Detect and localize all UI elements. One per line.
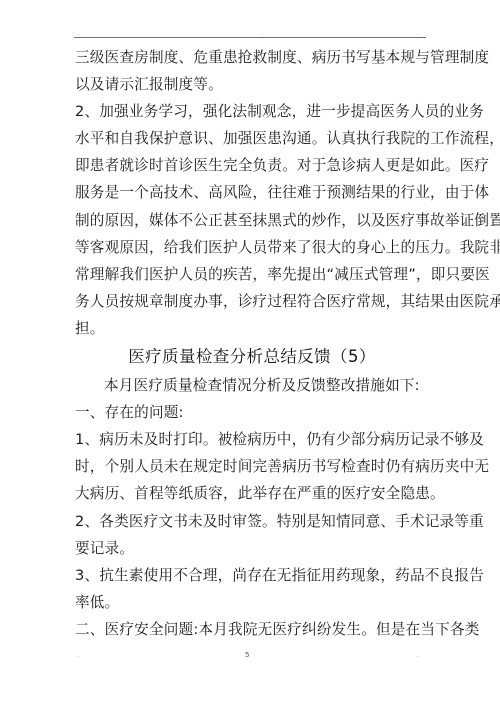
- footer-left-mark: ..: [76, 653, 80, 659]
- body-line: 水平和自我保护意识、加强医患沟通。认真执行我院的工作流程，: [75, 125, 427, 152]
- body-line: 即患者就诊时首诊医生完全负责。对于急诊病人更是如此。医疗: [75, 152, 427, 179]
- body-line: 担。: [75, 315, 427, 342]
- document-body: 三级医查房制度、危重患抢救制度、病历书写基本规与管理制度 以及请示汇报制度等。 …: [75, 44, 427, 643]
- body-line: 时，个别人员未在规定时间完善病历书写检查时仍有病历夹中无: [75, 453, 427, 480]
- body-line: 等客观原因，给我们医护人员带来了很大的身心上的压力。我院非: [75, 234, 427, 261]
- document-page: .. .. .. 三级医查房制度、危重患抢救制度、病历书写基本规与管理制度 以及…: [0, 0, 500, 707]
- body-line: 务人员按规章制度办事，诊疗过程符合医疗常规，其结果由医院承: [75, 288, 427, 315]
- body-line: 2、加强业务学习，强化法制观念，进一步提高医务人员的业务: [75, 98, 427, 125]
- body-line: 要记录。: [75, 535, 427, 562]
- section-title: 医疗质量检查分析总结反馈（5）: [75, 342, 427, 372]
- section-heading: 二、医疗安全问题:本月我院无医疗纠纷发生。但是在当下各类: [75, 616, 427, 643]
- body-line: 率低。: [75, 589, 427, 616]
- body-line: 3、抗生素使用不合理，尚存在无指征用药现象，药品不良报告: [75, 562, 427, 589]
- body-line: 大病历、首程等纸质容，此举存在严重的医疗安全隐患。: [75, 480, 427, 507]
- body-line: 1、病历未及时打印。被检病历中，仍有少部分病历记录不够及: [75, 426, 427, 453]
- section-intro: 本月医疗质量检查情况分析及反馈整改措施如下:: [75, 372, 427, 399]
- body-line: 以及请示汇报制度等。: [75, 71, 427, 98]
- header-divider: [74, 37, 426, 38]
- page-number: 5: [245, 652, 249, 659]
- section-heading: 一、存在的问题:: [75, 399, 427, 426]
- body-line: 制的原因，媒体不公正甚至抹黑式的炒作，以及医疗事故举证倒置: [75, 207, 427, 234]
- body-line: 服务是一个高技术、高风险，往往难于预测结果的行业，由于体: [75, 179, 427, 206]
- body-line: 三级医查房制度、危重患抢救制度、病历书写基本规与管理制度: [75, 44, 427, 71]
- body-line: 常理解我们医护人员的疾苦，率先提出“减压式管理”，即只要医: [75, 261, 427, 288]
- body-line: 2、各类医疗文书未及时审签。特别是知情同意、手术记录等重: [75, 508, 427, 535]
- footer-right-mark: ..: [416, 653, 420, 659]
